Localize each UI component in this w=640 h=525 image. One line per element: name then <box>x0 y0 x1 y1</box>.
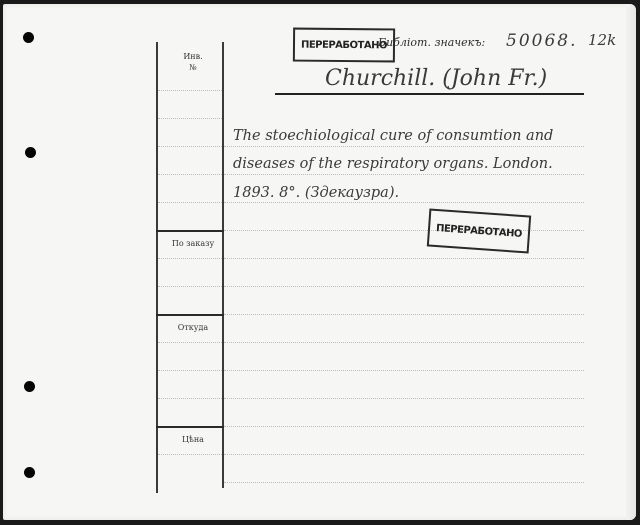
ruling <box>158 286 222 287</box>
punch-hole-1 <box>23 32 34 43</box>
ruling <box>158 370 222 371</box>
field-label-inventory-line1: Инв. <box>160 51 226 62</box>
author-underline <box>275 93 584 95</box>
catalog-card: Инв. № По заказу Откуда Цѣна ПЕРЕРАБОТАН… <box>3 4 636 520</box>
ruling <box>224 202 584 203</box>
ruling <box>158 174 222 175</box>
ruling <box>224 342 584 343</box>
ruling <box>158 258 222 259</box>
punch-hole-2 <box>25 147 36 158</box>
ruling <box>158 454 222 455</box>
ruling <box>224 286 584 287</box>
field-label-inventory: Инв. № <box>160 51 226 73</box>
ruling <box>224 482 584 483</box>
ruling <box>224 314 584 315</box>
field-label-by-order: По заказу <box>160 238 226 249</box>
field-label-price: Цѣна <box>160 434 226 445</box>
processed-stamp-middle: ПЕРЕРАБОТАНО <box>427 208 531 253</box>
ruling <box>158 342 222 343</box>
section-divider-1 <box>156 230 224 232</box>
section-divider-2 <box>156 314 224 316</box>
punch-hole-3 <box>24 381 35 392</box>
ruling <box>224 146 584 147</box>
ruling <box>158 146 222 147</box>
ruling <box>158 90 222 91</box>
field-label-source: Откуда <box>160 322 226 333</box>
title-line-2: diseases of the respiratory organs. Lond… <box>233 156 553 172</box>
ruling <box>158 118 222 119</box>
shelfmark-value: 50068. <box>506 31 577 51</box>
ruling <box>224 370 584 371</box>
ruling <box>224 174 584 175</box>
author-heading: Churchill. (John Fr.) <box>325 66 547 91</box>
ruling <box>224 454 584 455</box>
shelfmark-label: Библіот. значекъ: <box>378 36 485 49</box>
ruling <box>158 202 222 203</box>
title-line-3: 1893. 8°. (Здекаузра). <box>233 185 399 201</box>
ruling <box>224 258 584 259</box>
column-right-border <box>222 42 224 488</box>
card-edge <box>626 4 636 520</box>
field-label-inventory-line2: № <box>160 62 226 73</box>
punch-hole-4 <box>24 467 35 478</box>
corner-note: 12k <box>588 31 616 49</box>
ruling <box>158 398 222 399</box>
ruling <box>224 398 584 399</box>
title-line-1: The stoechiological cure of consumtion a… <box>233 128 553 144</box>
section-divider-3 <box>156 426 224 428</box>
ruling <box>224 426 584 427</box>
